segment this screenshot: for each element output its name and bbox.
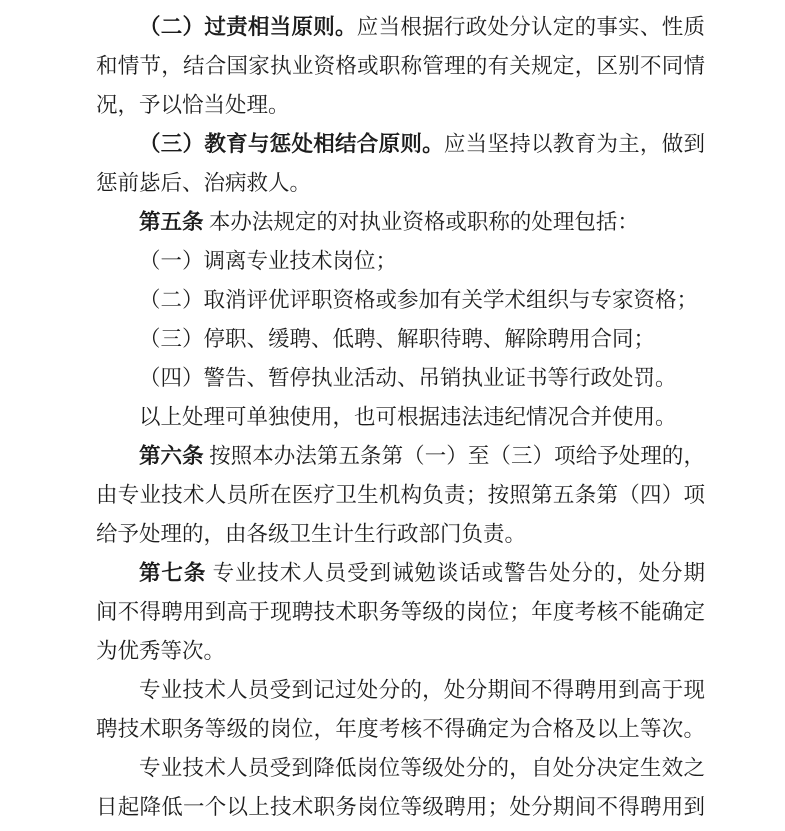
text-run: 由专业技术人员所在医疗卫生机构负责；按照第五条第（四）项 [96, 483, 705, 507]
text-run: （一）调离专业技术岗位； [139, 249, 397, 273]
text-line: 第七条 专业技术人员受到诫勉谈话或警告处分的，处分期 [96, 554, 705, 593]
text-line: （二）过责相当原则。应当根据行政处分认定的事实、性质 [96, 8, 705, 47]
text-line: 以上处理可单独使用，也可根据违法违纪情况合并使用。 [96, 398, 705, 437]
text-run: 日起降低一个以上技术职务岗位等级聘用；处分期间不得聘用到 [96, 795, 705, 819]
text-run: 给予处理的，由各级卫生计生行政部门负责。 [96, 522, 526, 546]
text-line: 惩前毖后、治病救人。 [96, 164, 705, 203]
text-line: 日起降低一个以上技术职务岗位等级聘用；处分期间不得聘用到 [96, 788, 705, 827]
text-run: 应当根据行政处分认定的事实、性质 [357, 15, 705, 39]
text-line: （三）教育与惩处相结合原则。应当坚持以教育为主，做到 [96, 125, 705, 164]
text-line: （二）取消评优评职资格或参加有关学术组织与专家资格； [96, 281, 705, 320]
bold-text-run: （二）过责相当原则。 [139, 15, 357, 39]
text-line: 给予处理的，由各级卫生计生行政部门负责。 [96, 515, 705, 554]
text-line: 况，予以恰当处理。 [96, 86, 705, 125]
document-page: （二）过责相当原则。应当根据行政处分认定的事实、性质和情节，结合国家执业资格或职… [0, 0, 785, 831]
document-body: （二）过责相当原则。应当根据行政处分认定的事实、性质和情节，结合国家执业资格或职… [96, 8, 705, 827]
text-line: 由专业技术人员所在医疗卫生机构负责；按照第五条第（四）项 [96, 476, 705, 515]
text-run: 应当坚持以教育为主，做到 [444, 132, 705, 156]
text-run: 和情节，结合国家执业资格或职称管理的有关规定，区别不同情 [96, 54, 705, 78]
text-line: 第五条 本办法规定的对执业资格或职称的处理包括： [96, 203, 705, 242]
text-line: 专业技术人员受到降低岗位等级处分的，自处分决定生效之 [96, 749, 705, 788]
text-line: 第六条 按照本办法第五条第（一）至（三）项给予处理的， [96, 437, 705, 476]
text-run: 聘技术职务等级的岗位，年度考核不得确定为合格及以上等次。 [96, 717, 705, 741]
bold-text-run: 第七条 [139, 561, 206, 585]
text-line: （一）调离专业技术岗位； [96, 242, 705, 281]
bold-text-run: （三）教育与惩处相结合原则。 [139, 132, 444, 156]
text-line: （四）警告、暂停执业活动、吊销执业证书等行政处罚。 [96, 359, 705, 398]
text-run: 惩前毖后、治病救人。 [96, 171, 311, 195]
text-run: 以上处理可单独使用，也可根据违法违纪情况合并使用。 [139, 405, 677, 429]
text-run: 专业技术人员受到降低岗位等级处分的，自处分决定生效之 [139, 756, 705, 780]
text-line: 专业技术人员受到记过处分的，处分期间不得聘用到高于现 [96, 671, 705, 710]
text-line: （三）停职、缓聘、低聘、解职待聘、解除聘用合同； [96, 320, 705, 359]
text-run: （四）警告、暂停执业活动、吊销执业证书等行政处罚。 [139, 366, 677, 390]
text-run: 专业技术人员受到诫勉谈话或警告处分的，处分期 [206, 561, 705, 585]
text-line: 为优秀等次。 [96, 632, 705, 671]
text-run: （二）取消评优评职资格或参加有关学术组织与专家资格； [139, 288, 698, 312]
bold-text-run: 第六条 [139, 444, 204, 468]
text-run: 间不得聘用到高于现聘技术职务等级的岗位；年度考核不能确定 [96, 600, 705, 624]
text-line: 间不得聘用到高于现聘技术职务等级的岗位；年度考核不能确定 [96, 593, 705, 632]
text-run: （三）停职、缓聘、低聘、解职待聘、解除聘用合同； [139, 327, 655, 351]
text-run: 专业技术人员受到记过处分的，处分期间不得聘用到高于现 [139, 678, 705, 702]
bold-text-run: 第五条 [139, 210, 204, 234]
text-run: 况，予以恰当处理。 [96, 93, 290, 117]
text-run: 本办法规定的对执业资格或职称的处理包括： [204, 210, 639, 234]
text-run: 按照本办法第五条第（一）至（三）项给予处理的， [204, 444, 705, 468]
text-run: 为优秀等次。 [96, 639, 225, 663]
text-line: 和情节，结合国家执业资格或职称管理的有关规定，区别不同情 [96, 47, 705, 86]
text-line: 聘技术职务等级的岗位，年度考核不得确定为合格及以上等次。 [96, 710, 705, 749]
